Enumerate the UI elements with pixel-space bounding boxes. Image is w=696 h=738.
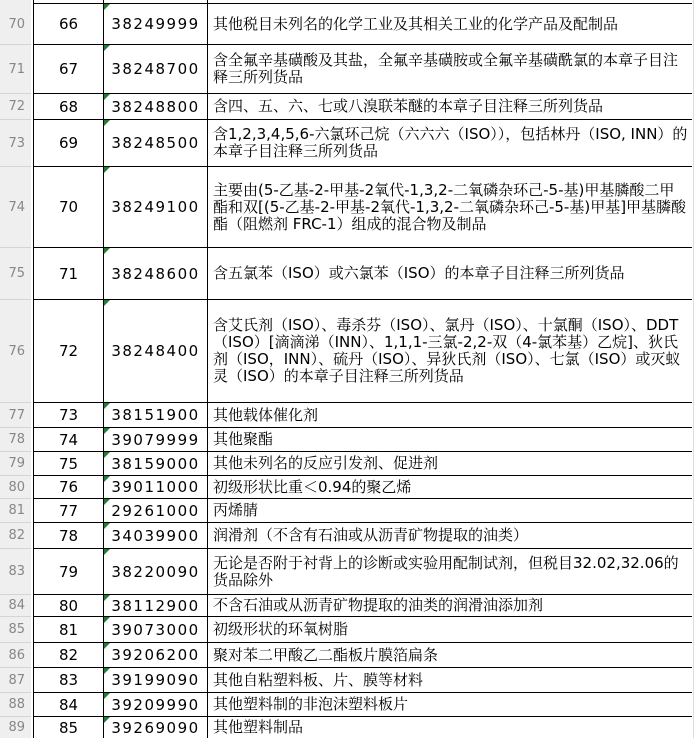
cell-desc[interactable]: 聚对苯二甲酸乙二酯板片膜箔扁条 xyxy=(207,643,692,668)
cell-desc[interactable]: 含四、五、六、七或八溴联苯醚的本章子目注释三所列货品 xyxy=(207,94,692,120)
corner-indicator-icon xyxy=(104,94,110,100)
cell-seq[interactable]: 84 xyxy=(33,693,103,717)
row-header-cell[interactable]: 76 xyxy=(0,300,31,403)
cell-code-text: 39011000 xyxy=(111,478,199,496)
sheet-row: 716738248700含全氟辛基磺酸及其盐，全氟辛基磺胺或全氟辛基磺酰氯的本章… xyxy=(0,45,696,94)
cell-desc-text: 含四、五、六、七或八溴联苯醚的本章子目注释三所列货品 xyxy=(213,98,603,115)
cell-seq[interactable]: 69 xyxy=(33,120,103,167)
cell-desc[interactable]: 其他塑料制品 xyxy=(207,717,692,738)
row-header-cell[interactable]: 77 xyxy=(0,403,31,428)
cell-seq[interactable]: 79 xyxy=(33,549,103,595)
corner-indicator-icon xyxy=(104,403,110,409)
cell-code-text: 38249100 xyxy=(111,198,199,216)
cell-desc[interactable]: 其他未列名的反应引发剂、促进剂 xyxy=(207,452,692,476)
cell-desc-text: 无论是否附于衬背上的诊断或实验用配制试剂，但税目32.02,32.06的货品除外 xyxy=(213,555,688,589)
cell-code[interactable]: 39011000 xyxy=(103,476,207,499)
row-header-cell[interactable]: 75 xyxy=(0,248,31,300)
cell-code[interactable]: 38249999 xyxy=(103,4,207,45)
cell-desc[interactable]: 初级形状的环氧树脂 xyxy=(207,617,692,643)
sheet-row: 898539269090其他塑料制品 xyxy=(0,717,696,738)
row-header-cell[interactable]: 78 xyxy=(0,428,31,452)
cell-desc[interactable]: 不含石油或从沥青矿物提取的油类的润滑油添加剂 xyxy=(207,595,692,617)
sheet-row: 777338151900其他载体催化剂 xyxy=(0,403,696,428)
cell-code-text: 29261000 xyxy=(111,502,199,520)
cell-code-text: 38248600 xyxy=(111,265,199,283)
corner-indicator-icon xyxy=(104,523,110,529)
cell-desc[interactable]: 丙烯腈 xyxy=(207,499,692,523)
row-header-cell[interactable]: 88 xyxy=(0,693,31,717)
cell-code-text: 39206200 xyxy=(111,646,199,664)
row-header-cell[interactable]: 72 xyxy=(0,94,31,120)
cell-code[interactable]: 38248500 xyxy=(103,120,207,167)
corner-indicator-icon xyxy=(104,476,110,482)
row-header-cell[interactable]: 80 xyxy=(0,476,31,499)
sheet-row: 726838248800含四、五、六、七或八溴联苯醚的本章子目注释三所列货品 xyxy=(0,94,696,120)
cell-desc-text: 其他自粘塑料板、片、膜等材料 xyxy=(213,672,423,689)
cell-seq[interactable]: 85 xyxy=(33,717,103,738)
cell-desc[interactable]: 含五氯苯（ISO）或六氯苯（ISO）的本章子目注释三所列货品 xyxy=(207,248,692,300)
cell-desc-text: 其他税目未列名的化学工业及其相关工业的化学产品及配制品 xyxy=(213,16,618,33)
cell-desc[interactable]: 其他塑料制的非泡沫塑料板片 xyxy=(207,693,692,717)
cell-code-text: 38159000 xyxy=(111,455,199,473)
cell-seq[interactable]: 77 xyxy=(33,499,103,523)
cell-seq[interactable]: 68 xyxy=(33,94,103,120)
corner-indicator-icon xyxy=(104,693,110,699)
cell-desc-text: 润滑剂（不含有石油或从沥青矿物提取的油类） xyxy=(213,527,528,544)
cell-code[interactable]: 38248600 xyxy=(103,248,207,300)
sheet-row: 817729261000丙烯腈 xyxy=(0,499,696,523)
row-header-cell[interactable]: 83 xyxy=(0,549,31,595)
cell-code-text: 38249999 xyxy=(111,15,199,33)
cell-seq[interactable]: 78 xyxy=(33,523,103,549)
cell-desc[interactable]: 含1,2,3,4,5,6-六氯环己烷（六六六（ISO）），包括林丹（ISO, I… xyxy=(207,120,692,167)
cell-code-text: 39073000 xyxy=(111,621,199,639)
cell-code-text: 39079999 xyxy=(111,431,199,449)
cell-seq[interactable]: 74 xyxy=(33,428,103,452)
sheet-row: 807639011000初级形状比重＜0.94的聚乙烯 xyxy=(0,476,696,499)
cell-code-text: 34039900 xyxy=(111,527,199,545)
cell-code[interactable]: 39209990 xyxy=(103,693,207,717)
sheet-rows: 706638249999其他税目未列名的化学工业及其相关工业的化学产品及配制品7… xyxy=(0,4,696,738)
row-header-cell[interactable]: 87 xyxy=(0,668,31,693)
cell-desc[interactable]: 主要由(5-乙基-2-甲基-2氧代-1,3,2-二氧磷杂环己-5-基)甲基膦酸二… xyxy=(207,167,692,248)
cell-code[interactable]: 38248700 xyxy=(103,45,207,94)
sheet-row: 767238248400含艾氏剂（ISO）、毒杀芬（ISO）、氯丹（ISO）、十… xyxy=(0,300,696,403)
cell-code[interactable]: 39269090 xyxy=(103,717,207,738)
cell-code-text: 38151900 xyxy=(111,406,199,424)
cell-code-text: 38220090 xyxy=(111,563,199,581)
cell-desc[interactable]: 其他自粘塑料板、片、膜等材料 xyxy=(207,668,692,693)
cell-seq[interactable]: 80 xyxy=(33,595,103,617)
sheet-row: 706638249999其他税目未列名的化学工业及其相关工业的化学产品及配制品 xyxy=(0,4,696,45)
corner-indicator-icon xyxy=(104,120,110,126)
cell-code[interactable]: 39073000 xyxy=(103,617,207,643)
corner-indicator-icon xyxy=(104,643,110,649)
sheet-row: 878339199090其他自粘塑料板、片、膜等材料 xyxy=(0,668,696,693)
corner-indicator-icon xyxy=(104,717,110,723)
sheet-row: 837938220090无论是否附于衬背上的诊断或实验用配制试剂，但税目32.0… xyxy=(0,549,696,595)
corner-indicator-icon xyxy=(104,452,110,458)
cell-code[interactable]: 39199090 xyxy=(103,668,207,693)
sheet-row: 848038112900不含石油或从沥青矿物提取的油类的润滑油添加剂 xyxy=(0,595,696,617)
sheet-row: 827834039900润滑剂（不含有石油或从沥青矿物提取的油类） xyxy=(0,523,696,549)
cell-code[interactable]: 38248800 xyxy=(103,94,207,120)
corner-indicator-icon xyxy=(104,499,110,505)
cell-code-text: 39209990 xyxy=(111,696,199,714)
cell-desc-text: 含1,2,3,4,5,6-六氯环己烷（六六六（ISO）），包括林丹（ISO, I… xyxy=(213,126,688,160)
cell-code-text: 38248500 xyxy=(111,134,199,152)
cell-code[interactable]: 38248400 xyxy=(103,300,207,403)
cell-desc-text: 不含石油或从沥青矿物提取的油类的润滑油添加剂 xyxy=(213,597,543,614)
cell-desc-text: 其他聚酯 xyxy=(213,431,273,448)
sheet-row: 797538159000其他未列名的反应引发剂、促进剂 xyxy=(0,452,696,476)
cell-desc[interactable]: 润滑剂（不含有石油或从沥青矿物提取的油类） xyxy=(207,523,692,549)
cell-desc-text: 其他未列名的反应引发剂、促进剂 xyxy=(213,455,438,472)
cell-code[interactable]: 39206200 xyxy=(103,643,207,668)
cell-code-text: 39269090 xyxy=(111,719,199,737)
row-header-cell[interactable]: 74 xyxy=(0,167,31,248)
row-header-cell[interactable]: 85 xyxy=(0,617,31,643)
cell-desc-text: 其他塑料制品 xyxy=(213,719,303,736)
cell-code[interactable]: 34039900 xyxy=(103,523,207,549)
cell-seq[interactable]: 66 xyxy=(33,4,103,45)
cell-seq[interactable]: 70 xyxy=(33,167,103,248)
cell-seq[interactable]: 73 xyxy=(33,403,103,428)
cell-seq[interactable]: 75 xyxy=(33,452,103,476)
sheet-row: 736938248500含1,2,3,4,5,6-六氯环己烷（六六六（ISO））… xyxy=(0,120,696,167)
corner-indicator-icon xyxy=(104,167,110,173)
corner-indicator-icon xyxy=(104,595,110,601)
cell-seq[interactable]: 72 xyxy=(33,300,103,403)
cell-seq[interactable]: 82 xyxy=(33,643,103,668)
cell-seq[interactable]: 71 xyxy=(33,248,103,300)
sheet-row: 888439209990其他塑料制的非泡沫塑料板片 xyxy=(0,693,696,717)
corner-indicator-icon xyxy=(104,668,110,674)
row-header-cell[interactable]: 82 xyxy=(0,523,31,549)
row-header-cell[interactable]: 89 xyxy=(0,717,31,738)
sheet-row: 868239206200聚对苯二甲酸乙二酯板片膜箔扁条 xyxy=(0,643,696,668)
corner-indicator-icon xyxy=(104,428,110,434)
cell-code[interactable]: 38159000 xyxy=(103,452,207,476)
row-header-cell[interactable]: 81 xyxy=(0,499,31,523)
corner-indicator-icon xyxy=(104,617,110,623)
cell-code-text: 38248700 xyxy=(111,60,199,78)
cell-seq[interactable]: 81 xyxy=(33,617,103,643)
corner-indicator-icon xyxy=(104,248,110,254)
column-gridline xyxy=(693,0,694,738)
corner-indicator-icon xyxy=(104,4,110,10)
cell-code[interactable]: 38220090 xyxy=(103,549,207,595)
sheet-row: 747038249100主要由(5-乙基-2-甲基-2氧代-1,3,2-二氧磷杂… xyxy=(0,167,696,248)
spreadsheet: 706638249999其他税目未列名的化学工业及其相关工业的化学产品及配制品7… xyxy=(0,0,696,738)
cell-desc-text: 主要由(5-乙基-2-甲基-2氧代-1,3,2-二氧磷杂环己-5-基)甲基膦酸二… xyxy=(213,182,688,233)
sheet-row: 858139073000初级形状的环氧树脂 xyxy=(0,617,696,643)
cell-desc[interactable]: 其他聚酯 xyxy=(207,428,692,452)
row-header-cell[interactable]: 86 xyxy=(0,643,31,668)
cell-desc[interactable]: 其他税目未列名的化学工业及其相关工业的化学产品及配制品 xyxy=(207,4,692,45)
cell-code[interactable]: 38151900 xyxy=(103,403,207,428)
corner-indicator-icon xyxy=(104,549,110,555)
cell-desc[interactable]: 其他载体催化剂 xyxy=(207,403,692,428)
cell-seq[interactable]: 67 xyxy=(33,45,103,94)
row-header-cell[interactable]: 73 xyxy=(0,120,31,167)
row-header-cell[interactable]: 79 xyxy=(0,452,31,476)
cell-code-text: 38112900 xyxy=(111,597,199,615)
row-header-cell[interactable]: 71 xyxy=(0,45,31,94)
cell-seq[interactable]: 83 xyxy=(33,668,103,693)
corner-indicator-icon xyxy=(104,300,110,306)
cell-desc[interactable]: 含全氟辛基磺酸及其盐，全氟辛基磺胺或全氟辛基磺酰氯的本章子目注释三所列货品 xyxy=(207,45,692,94)
cell-desc[interactable]: 无论是否附于衬背上的诊断或实验用配制试剂，但税目32.02,32.06的货品除外 xyxy=(207,549,692,595)
cell-desc-text: 初级形状的环氧树脂 xyxy=(213,621,348,638)
sheet-row: 787439079999其他聚酯 xyxy=(0,428,696,452)
cell-desc-text: 初级形状比重＜0.94的聚乙烯 xyxy=(213,479,411,496)
cell-code[interactable]: 38249100 xyxy=(103,167,207,248)
corner-indicator-icon xyxy=(104,45,110,51)
cell-code-text: 38248800 xyxy=(111,98,199,116)
row-header-cell[interactable]: 70 xyxy=(0,4,31,45)
cell-code[interactable]: 38112900 xyxy=(103,595,207,617)
cell-desc[interactable]: 含艾氏剂（ISO）、毒杀芬（ISO）、氯丹（ISO）、十氯酮（ISO）、DDT（… xyxy=(207,300,692,403)
cell-desc-text: 聚对苯二甲酸乙二酯板片膜箔扁条 xyxy=(213,647,438,664)
cell-seq[interactable]: 76 xyxy=(33,476,103,499)
cell-code[interactable]: 29261000 xyxy=(103,499,207,523)
cell-code-text: 39199090 xyxy=(111,671,199,689)
cell-desc-text: 含艾氏剂（ISO）、毒杀芬（ISO）、氯丹（ISO）、十氯酮（ISO）、DDT（… xyxy=(213,317,688,385)
cell-code-text: 38248400 xyxy=(111,342,199,360)
sheet-row: 757138248600含五氯苯（ISO）或六氯苯（ISO）的本章子目注释三所列… xyxy=(0,248,696,300)
cell-desc-text: 含全氟辛基磺酸及其盐，全氟辛基磺胺或全氟辛基磺酰氯的本章子目注释三所列货品 xyxy=(213,52,688,86)
cell-desc[interactable]: 初级形状比重＜0.94的聚乙烯 xyxy=(207,476,692,499)
cell-desc-text: 其他塑料制的非泡沫塑料板片 xyxy=(213,696,408,713)
cell-code[interactable]: 39079999 xyxy=(103,428,207,452)
cell-desc-text: 其他载体催化剂 xyxy=(213,407,318,424)
row-header-cell[interactable]: 84 xyxy=(0,595,31,617)
cell-desc-text: 含五氯苯（ISO）或六氯苯（ISO）的本章子目注释三所列货品 xyxy=(213,265,625,282)
cell-desc-text: 丙烯腈 xyxy=(213,502,258,519)
